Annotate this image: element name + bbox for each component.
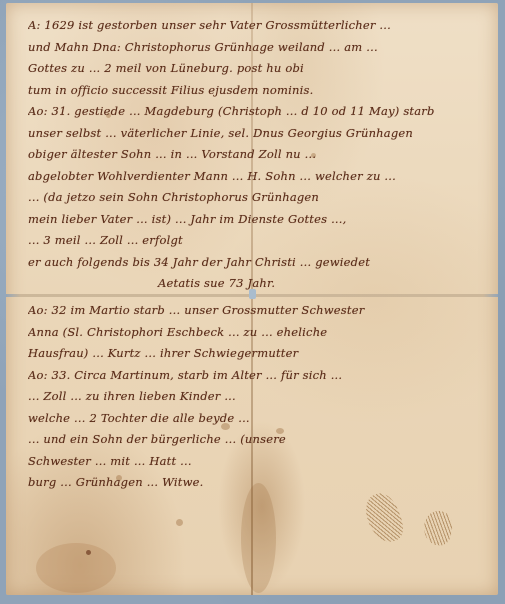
hair-lock-2 [421,509,454,547]
text-line: Gottes zu ... 2 meil von Lüneburg. post … [28,58,498,80]
manuscript-page: A: 1629 ist gestorben unser sehr Vater G… [6,3,498,595]
upper-text-panel: A: 1629 ist gestorben unser sehr Vater G… [28,15,498,295]
text-line: Hausfrau) ... Kurtz ... ihrer Schwiegerm… [28,343,498,365]
text-line: ... 3 meil ... Zoll ... erfolgt [28,230,498,252]
stain [176,519,183,526]
lower-text-panel: Ao: 32 im Martio starb ... unser Grossmu… [28,300,498,494]
stain [36,543,116,593]
stain [241,483,276,593]
text-line: obiger ältester Sohn ... in ... Vorstand… [28,144,498,166]
text-line: tum in officio successit Filius ejusdem … [28,80,498,102]
text-line: mein lieber Vater ... ist) ... Jahr im D… [28,209,498,231]
hair-lock-1 [360,489,407,547]
text-line: A: 1629 ist gestorben unser sehr Vater G… [28,15,498,37]
text-line: Ao: 32 im Martio starb ... unser Grossmu… [28,300,498,322]
aetatis-line: Aetatis sue 73 Jahr. [28,273,498,295]
text-line: Anna (Sl. Christophori Eschbeck ... zu .… [28,322,498,344]
text-line: Ao: 33. Circa Martinum, starb im Alter .… [28,365,498,387]
text-line: welche ... 2 Tochter die alle beyde ... [28,408,498,430]
text-line: abgelobter Wohlverdienter Mann ... H. So… [28,166,498,188]
text-line: Schwester ... mit ... Hatt ... [28,451,498,473]
text-line: er auch folgends bis 34 Jahr der Jahr Ch… [28,252,498,274]
text-line: und Mahn Dna: Christophorus Grünhage wei… [28,37,498,59]
text-line: ... Zoll ... zu ihren lieben Kinder ... [28,386,498,408]
text-line: burg ... Grünhagen ... Witwe. [28,472,498,494]
text-line: ... und ein Sohn der bürgerliche ... (un… [28,429,498,451]
text-line: unser selbst ... väterlicher Linie, sel.… [28,123,498,145]
text-line: Ao: 31. gestiede ... Magdeburg (Christop… [28,101,498,123]
text-line: ... (da jetzo sein Sohn Christophorus Gr… [28,187,498,209]
